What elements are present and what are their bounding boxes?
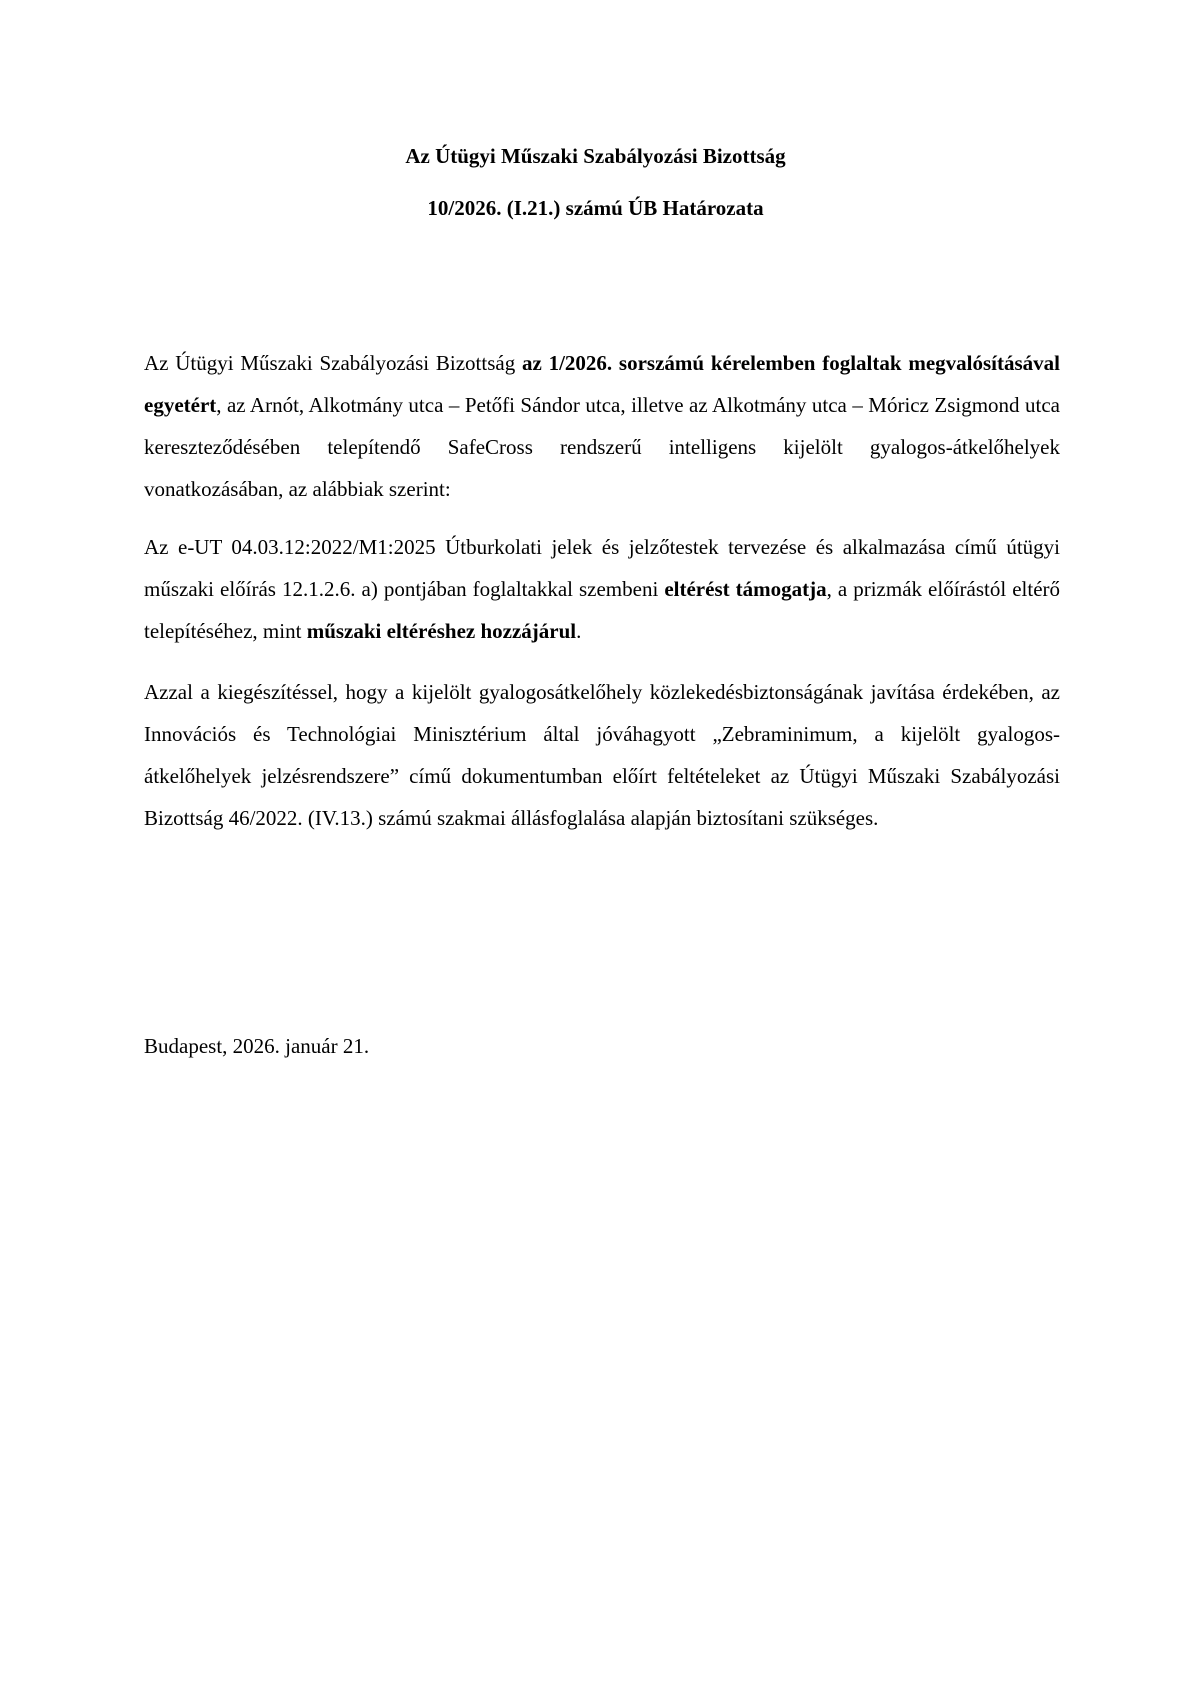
- document-title: Az Útügyi Műszaki Szabályozási Bizottság: [0, 142, 1191, 170]
- paragraph-1: Az Útügyi Műszaki Szabályozási Bizottság…: [144, 342, 1060, 510]
- p1-seg-0: Az Útügyi Műszaki Szabályozási Bizottság: [144, 351, 522, 375]
- p3-seg-0: Azzal a kiegészítéssel, hogy a kijelölt …: [144, 680, 1060, 830]
- paragraph-2: Az e-UT 04.03.12:2022/M1:2025 Útburkolat…: [144, 526, 1060, 652]
- paragraph-3: Azzal a kiegészítéssel, hogy a kijelölt …: [144, 671, 1060, 839]
- p2-seg-1-bold: eltérést támogatja: [664, 577, 826, 601]
- p2-seg-3-bold: műszaki eltéréshez hozzájárul: [307, 619, 576, 643]
- place-and-date: Budapest, 2026. január 21.: [144, 1025, 369, 1067]
- resolution-number: 10/2026. (I.21.) számú ÚB Határozata: [0, 194, 1191, 222]
- p2-seg-4: .: [576, 619, 581, 643]
- p1-seg-2: , az Arnót, Alkotmány utca – Petőfi Sánd…: [144, 393, 1060, 501]
